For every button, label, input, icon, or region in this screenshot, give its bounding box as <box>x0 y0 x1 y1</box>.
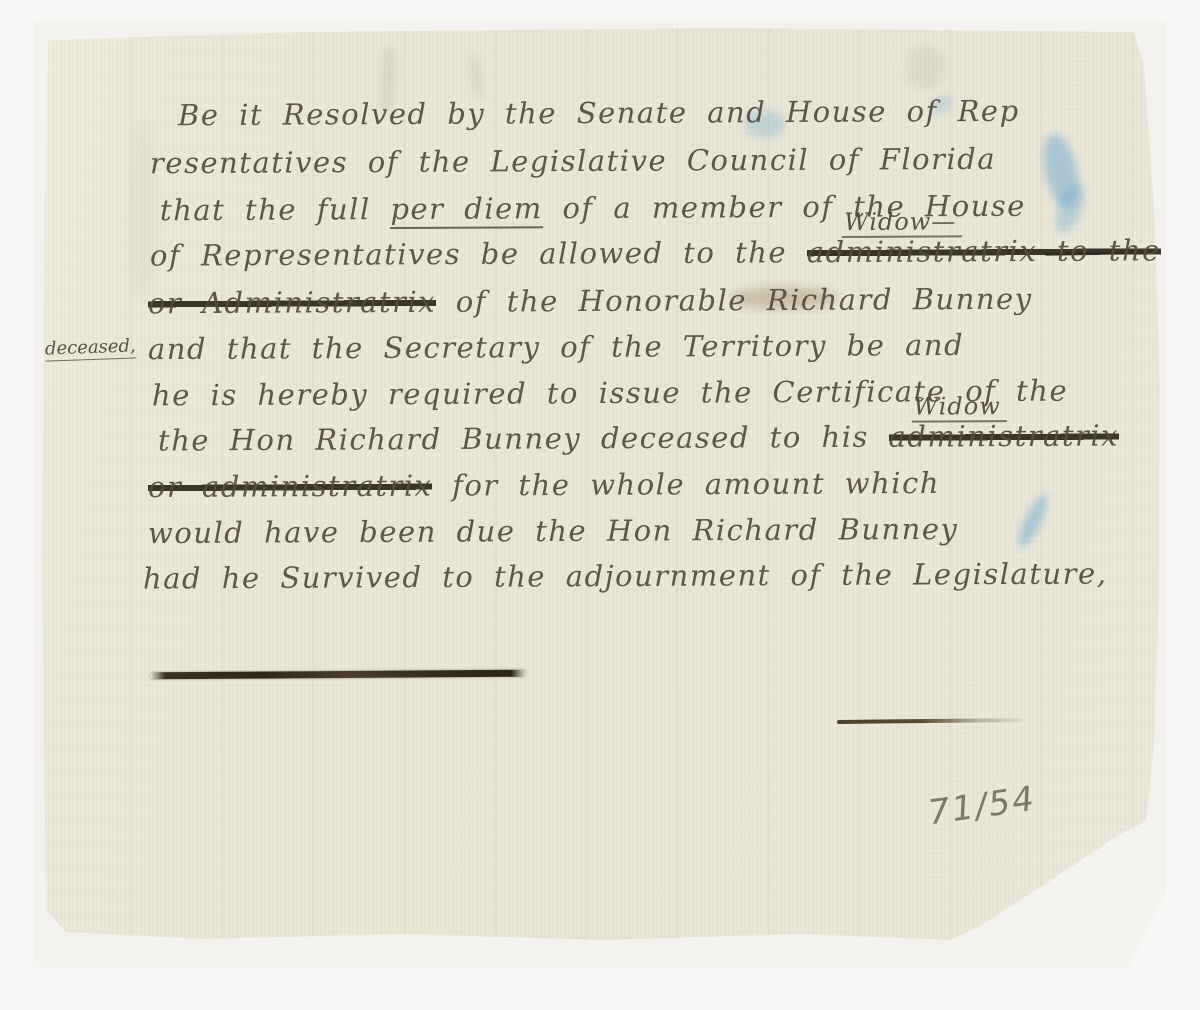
manuscript-text: for the whole amount which <box>432 466 940 503</box>
manuscript-text: the Hon Richard Bunney deceased to his <box>158 420 889 458</box>
manuscript-line-2: resentatives of the Legislative Council … <box>150 142 996 180</box>
manuscript-text: had he Survived to the adjournment of th… <box>143 556 1108 595</box>
manuscript-line-4: of Representatives be allowed to the Wid… <box>150 233 1161 272</box>
margin-note-deceased: deceased, <box>45 335 137 361</box>
inserted-word: Widow <box>911 393 1006 422</box>
scanned-document-page: Be it Resolved by the Senate and House o… <box>0 0 1200 1010</box>
struck-text: or administratrix <box>148 469 433 504</box>
manuscript-line-11: had he Survived to the adjournment of th… <box>143 556 1108 595</box>
struck-text: administratrix <box>888 418 1119 453</box>
manuscript-text: and that the Secretary of the Territory … <box>148 328 964 366</box>
manuscript-text-layer: Be it Resolved by the Senate and House o… <box>0 0 1200 1010</box>
manuscript-text: that the full <box>160 192 391 227</box>
manuscript-line-1: Be it Resolved by the Senate and House o… <box>178 94 1020 132</box>
struck-text: or Administratrix <box>148 285 436 321</box>
manuscript-line-10: would have been due the Hon Richard Bunn… <box>148 512 959 550</box>
manuscript-line-6: and that the Secretary of the Territory … <box>148 328 964 366</box>
manuscript-line-9: or administratrix for the whole amount w… <box>148 466 940 504</box>
manuscript-text: would have been due the Hon Richard Bunn… <box>148 512 959 550</box>
manuscript-text: of Representatives be allowed to the <box>150 235 807 272</box>
correction-group: Widow—administratrix to the <box>807 233 1161 269</box>
manuscript-line-8: the Hon Richard Bunney deceased to his W… <box>158 418 1119 457</box>
inserted-word: Widow— <box>842 208 962 238</box>
manuscript-text: resentatives of the Legislative Council … <box>150 142 996 180</box>
manuscript-text: Be it Resolved by the Senate and House o… <box>178 94 1020 132</box>
underlined-text: per diem <box>390 191 543 229</box>
correction-group: Widowadministratrix <box>888 418 1119 453</box>
struck-text: administratrix to the <box>807 233 1161 269</box>
manuscript-line-5: or Administratrix of the Honorable Richa… <box>148 282 1033 321</box>
manuscript-text: of the Honorable Richard Bunney <box>436 282 1033 319</box>
